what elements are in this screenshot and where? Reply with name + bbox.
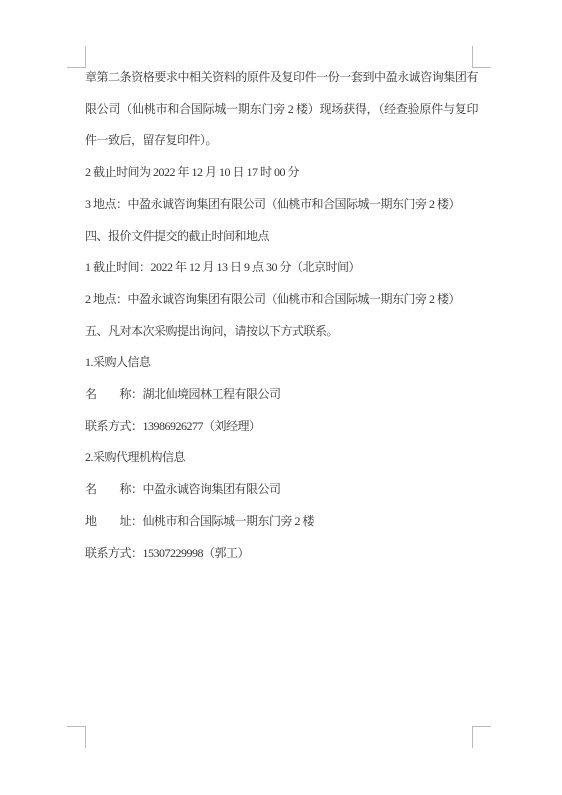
line-agency-address: 地 址：仙桃市和合国际城一期东门旁 2 楼 — [85, 506, 478, 538]
line-submission-deadline: 1 截止时间：2022 年 12 月 13 日 9 点 30 分（北京时间） — [85, 252, 478, 284]
paragraph-original-copy-requirements: 章第二条资格要求中相关资料的原件及复印件一份一套到中盈永诚咨询集团有限公司（仙桃… — [85, 62, 478, 157]
line-purchaser-contact: 联系方式：13986926277（刘经理） — [85, 411, 478, 443]
heading-section-4-submission-deadline: 四、报价文件提交的截止时间和地点 — [85, 221, 478, 253]
crop-mark-bottom-right — [472, 726, 491, 748]
line-submission-location: 2 地点：中盈永诚咨询集团有限公司（仙桃市和合国际城一期东门旁 2 楼） — [85, 284, 478, 316]
crop-mark-top-left — [67, 46, 86, 68]
crop-mark-bottom-left — [67, 726, 86, 748]
line-agency-name: 名 称：中盈永诚咨询集团有限公司 — [85, 474, 478, 506]
line-acquisition-deadline: 2 截止时间为 2022 年 12 月 10 日 17 时 00 分 — [85, 157, 478, 189]
line-agency-contact: 联系方式：15307229998（郭工） — [85, 538, 478, 570]
line-purchaser-info-title: 1.采购人信息 — [85, 347, 478, 379]
line-agency-info-title: 2.采购代理机构信息 — [85, 442, 478, 474]
document-text-block: 章第二条资格要求中相关资料的原件及复印件一份一套到中盈永诚咨询集团有限公司（仙桃… — [85, 62, 478, 569]
document-page: 章第二条资格要求中相关资料的原件及复印件一份一套到中盈永诚咨询集团有限公司（仙桃… — [0, 0, 562, 795]
line-purchaser-name: 名 称：湖北仙境园林工程有限公司 — [85, 379, 478, 411]
line-acquisition-location: 3 地点：中盈永诚咨询集团有限公司（仙桃市和合国际城一期东门旁 2 楼） — [85, 189, 478, 221]
heading-section-5-inquiry-contact: 五、凡对本次采购提出询问，请按以下方式联系。 — [85, 316, 478, 348]
